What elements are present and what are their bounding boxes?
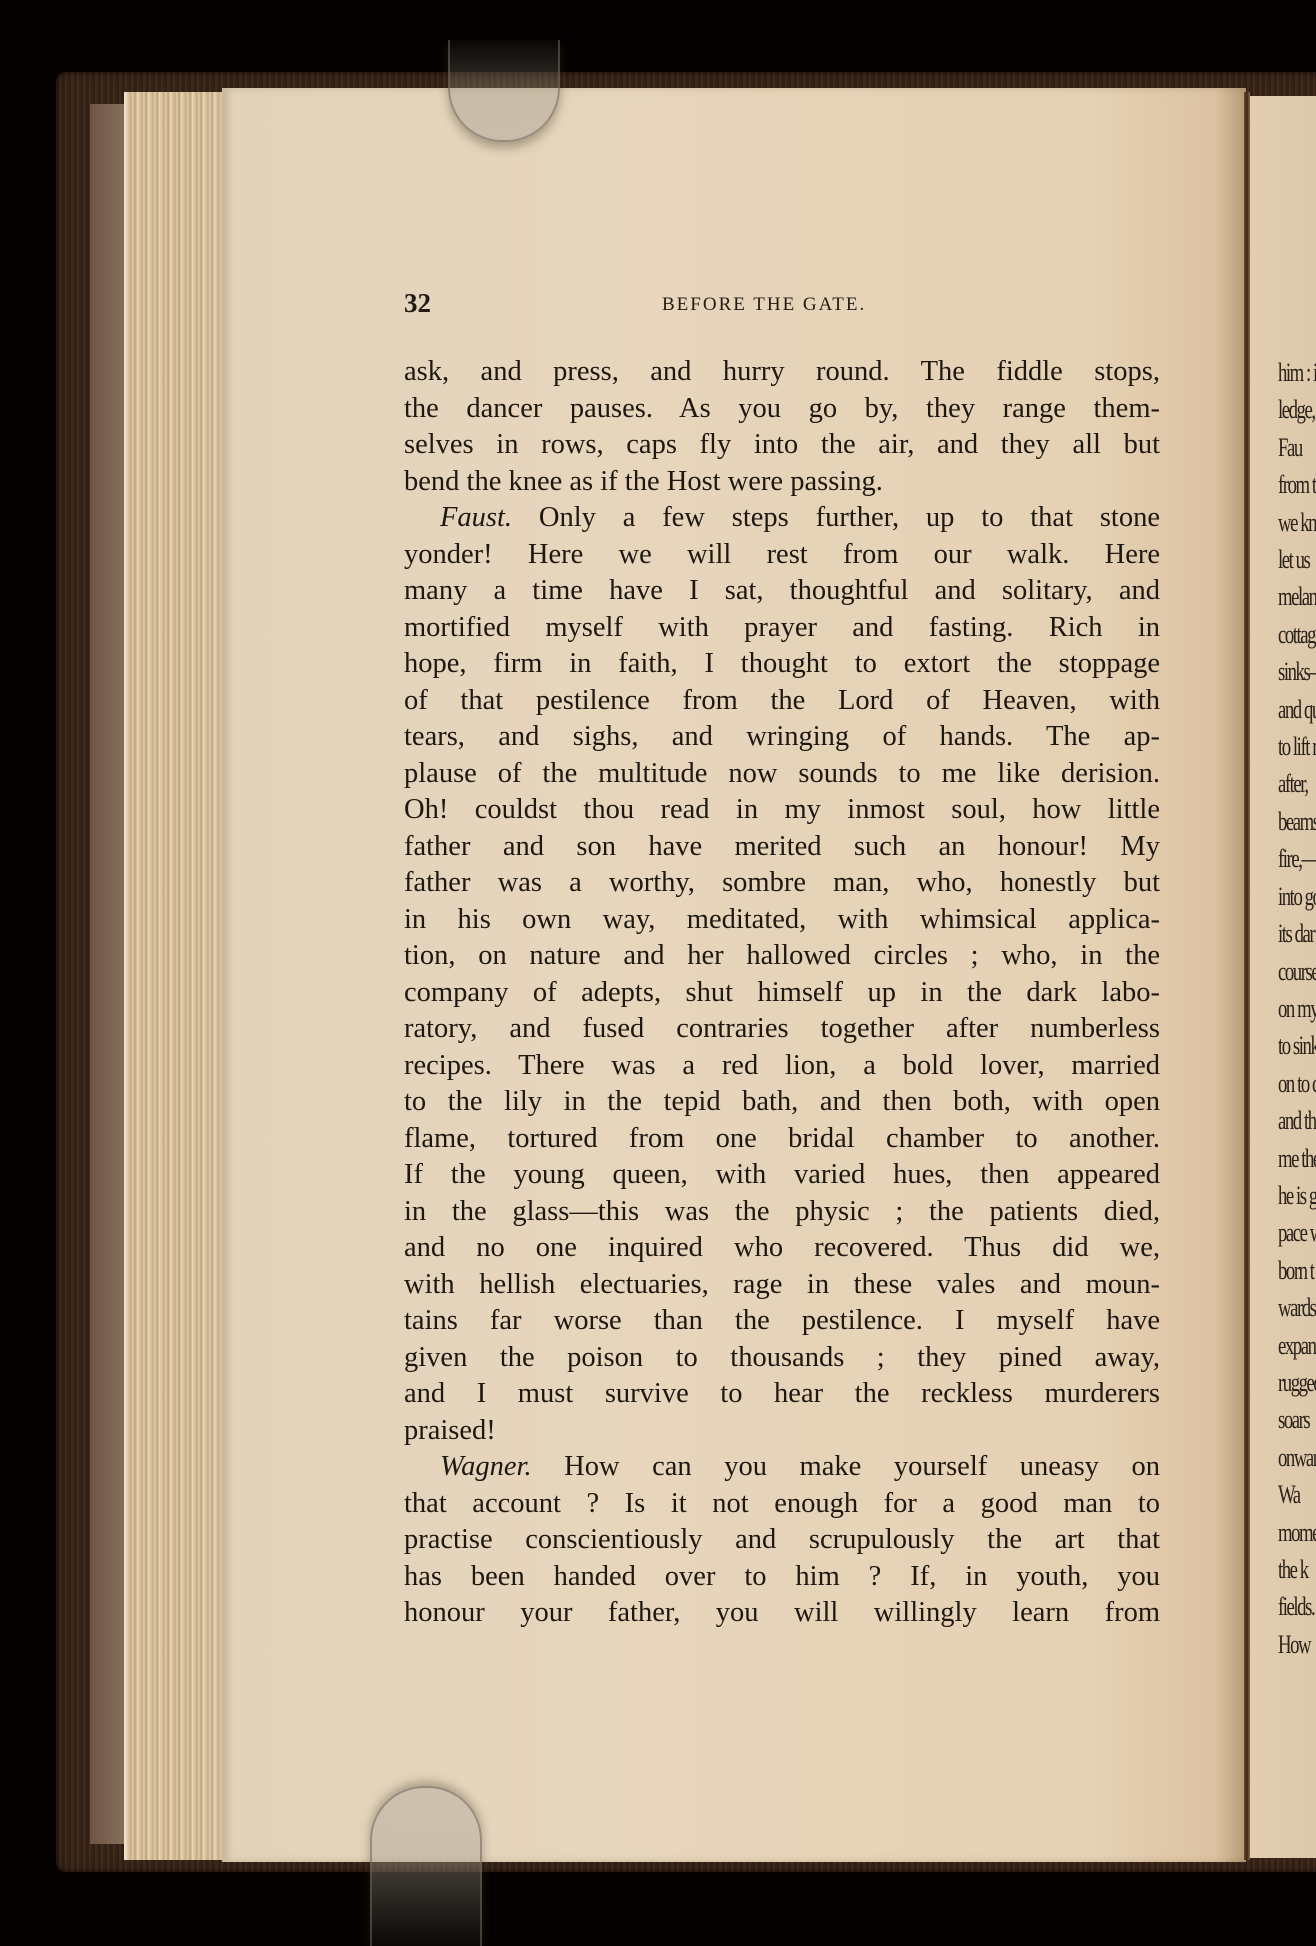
line-text: and no one inquired who recovered. Thus … [404, 1232, 1160, 1263]
next-page-line: we kno [1278, 504, 1316, 541]
text-line: with hellish electuaries, rage in these … [404, 1267, 1160, 1304]
line-text: Oh! couldst thou read in my inmost soul,… [404, 794, 1160, 825]
text-line: the dancer pauses. As you go by, they ra… [404, 391, 1160, 428]
line-text: father and son have merited such an hono… [404, 831, 1160, 862]
page-clip-bottom-icon [370, 1786, 482, 1946]
line-text: How can you make yourself uneasy on [532, 1451, 1160, 1482]
line-text: to the lily in the tepid bath, and then … [404, 1086, 1160, 1117]
running-head: 32 BEFORE THE GATE. [404, 288, 1164, 328]
line-text: tears, and sighs, and wringing of hands.… [404, 721, 1160, 752]
next-page-line: onwar [1278, 1439, 1316, 1476]
text-line: to the lily in the tepid bath, and then … [404, 1084, 1160, 1121]
line-text: has been handed over to him ? If, in you… [404, 1561, 1160, 1592]
text-line: If the young queen, with varied hues, th… [404, 1157, 1160, 1194]
text-line: Faust. Only a few steps further, up to t… [404, 500, 1160, 537]
text-line: mortified myself with prayer and fasting… [404, 610, 1160, 647]
next-page-line: How [1278, 1626, 1316, 1663]
page-number: 32 [404, 288, 431, 319]
line-text: many a time have I sat, thoughtful and s… [404, 575, 1160, 606]
line-text: father was a worthy, sombre man, who, ho… [404, 867, 1160, 898]
next-page-line: melanc [1278, 578, 1316, 615]
speaker-name: Wagner. [440, 1451, 532, 1482]
text-line: father was a worthy, sombre man, who, ho… [404, 865, 1160, 902]
text-line: yonder! Here we will rest from our walk.… [404, 537, 1160, 574]
next-page-line: from th [1278, 466, 1316, 503]
line-text: ask, and press, and hurry round. The fid… [404, 356, 1160, 387]
text-line: bend the knee as if the Host were passin… [404, 464, 1160, 501]
body-text: ask, and press, and hurry round. The fid… [404, 354, 1160, 1632]
line-text: the dancer pauses. As you go by, they ra… [404, 393, 1160, 424]
line-text: company of adepts, shut himself up in th… [404, 977, 1160, 1008]
text-line: and no one inquired who recovered. Thus … [404, 1230, 1160, 1267]
text-line: praised! [404, 1413, 1160, 1450]
page-clip-top-icon [448, 40, 560, 142]
next-page-line: and qui [1278, 691, 1316, 728]
line-text: Only a few steps further, up to that sto… [512, 502, 1160, 533]
text-line: that account ? Is it not enough for a go… [404, 1486, 1160, 1523]
line-text: tion, on nature and her hallowed circles… [404, 940, 1160, 971]
next-page-text: him : iledge, Faufrom thwe knolet us mel… [1278, 354, 1316, 1663]
text-line: tion, on nature and her hallowed circles… [404, 938, 1160, 975]
next-page-line: to sink [1278, 1027, 1316, 1064]
page-edges [124, 92, 226, 1860]
line-text: tains far worse than the pestilence. I m… [404, 1305, 1160, 1336]
line-text: flame, tortured from one bridal chamber … [404, 1123, 1160, 1154]
next-page-line: beams, [1278, 803, 1316, 840]
line-text: in the glass—this was the physic ; the p… [404, 1196, 1160, 1227]
next-page-line: me the [1278, 1140, 1316, 1177]
text-line: father and son have merited such an hono… [404, 829, 1160, 866]
text-line: given the poison to thousands ; they pin… [404, 1340, 1160, 1377]
text-line: honour your father, you will willingly l… [404, 1595, 1160, 1632]
speaker-name: Faust. [440, 502, 512, 533]
next-page-line: course. [1278, 953, 1316, 990]
next-page-line: let us [1278, 541, 1316, 578]
next-page-line: born t [1278, 1252, 1316, 1289]
line-text: selves in rows, caps fly into the air, a… [404, 429, 1160, 460]
line-text: that account ? Is it not enough for a go… [404, 1488, 1160, 1519]
running-head-title: BEFORE THE GATE. [662, 294, 866, 316]
text-line: selves in rows, caps fly into the air, a… [404, 427, 1160, 464]
text-line: tains far worse than the pestilence. I m… [404, 1303, 1160, 1340]
text-line: of that pestilence from the Lord of Heav… [404, 683, 1160, 720]
next-page-line: soars [1278, 1401, 1316, 1438]
text-line: Oh! couldst thou read in my inmost soul,… [404, 792, 1160, 829]
next-page-line: pace w [1278, 1214, 1316, 1251]
next-page-line: and th [1278, 1102, 1316, 1139]
text-line: recipes. There was a red lion, a bold lo… [404, 1048, 1160, 1085]
text-line: has been handed over to him ? If, in you… [404, 1559, 1160, 1596]
next-page-line: sinks— [1278, 653, 1316, 690]
next-page-line: fields. [1278, 1588, 1316, 1625]
next-page-line: into go [1278, 878, 1316, 915]
line-text: with hellish electuaries, rage in these … [404, 1269, 1160, 1300]
next-page-line: after, [1278, 765, 1316, 802]
text-line: Wagner. How can you make yourself uneasy… [404, 1449, 1160, 1486]
text-line: company of adepts, shut himself up in th… [404, 975, 1160, 1012]
line-text: honour your father, you will willingly l… [404, 1597, 1160, 1628]
next-page-line: ledge, [1278, 391, 1316, 428]
text-line: many a time have I sat, thoughtful and s… [404, 573, 1160, 610]
line-text: If the young queen, with varied hues, th… [404, 1159, 1160, 1190]
line-text: ratory, and fused contraries together af… [404, 1013, 1160, 1044]
next-page-line: Fau [1278, 429, 1316, 466]
line-text: bend the knee as if the Host were passin… [404, 466, 883, 497]
text-line: practise conscientiously and scrupulousl… [404, 1522, 1160, 1559]
line-text: praised! [404, 1415, 496, 1446]
next-page-line: Wa [1278, 1476, 1316, 1513]
text-line: in the glass—this was the physic ; the p… [404, 1194, 1160, 1231]
text-line: ratory, and fused contraries together af… [404, 1011, 1160, 1048]
next-page-line: wards [1278, 1289, 1316, 1326]
line-text: practise conscientiously and scrupulousl… [404, 1524, 1160, 1555]
next-page-line: its dar [1278, 915, 1316, 952]
line-text: plause of the multitude now sounds to me… [404, 758, 1160, 789]
next-page-line: him : i [1278, 354, 1316, 391]
next-page-line: to lift r [1278, 728, 1316, 765]
right-page-fragment: him : iledge, Faufrom thwe knolet us mel… [1250, 96, 1316, 1858]
text-line: plause of the multitude now sounds to me… [404, 756, 1160, 793]
line-text: in his own way, meditated, with whimsica… [404, 904, 1160, 935]
text-line: flame, tortured from one bridal chamber … [404, 1121, 1160, 1158]
next-page-line: the k [1278, 1551, 1316, 1588]
next-page-line: mome [1278, 1514, 1316, 1551]
line-text: mortified myself with prayer and fasting… [404, 612, 1160, 643]
line-text: yonder! Here we will rest from our walk.… [404, 539, 1160, 570]
next-page-line: on to c [1278, 1065, 1316, 1102]
next-page-line: cottage [1278, 616, 1316, 653]
text-line: in his own way, meditated, with whimsica… [404, 902, 1160, 939]
text-line: and I must survive to hear the reckless … [404, 1376, 1160, 1413]
text-line: hope, firm in faith, I thought to extort… [404, 646, 1160, 683]
line-text: hope, firm in faith, I thought to extort… [404, 648, 1160, 679]
text-line: ask, and press, and hurry round. The fid… [404, 354, 1160, 391]
line-text: given the poison to thousands ; they pin… [404, 1342, 1160, 1373]
line-text: and I must survive to hear the reckless … [404, 1378, 1160, 1409]
next-page-line: fire,— [1278, 840, 1316, 877]
line-text: recipes. There was a red lion, a bold lo… [404, 1050, 1160, 1081]
next-page-line: rugged [1278, 1364, 1316, 1401]
line-text: of that pestilence from the Lord of Heav… [404, 685, 1160, 716]
next-page-line: he is g [1278, 1177, 1316, 1214]
text-line: tears, and sighs, and wringing of hands.… [404, 719, 1160, 756]
next-page-line: expans [1278, 1327, 1316, 1364]
next-page-line: on my [1278, 990, 1316, 1027]
